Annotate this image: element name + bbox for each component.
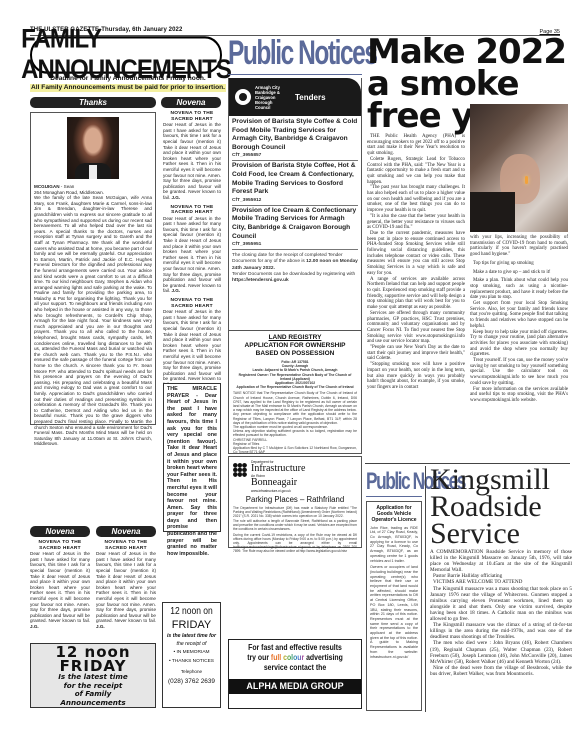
novena-notice: NOVENA TO THE SACRED HEART Dear Heart of… — [30, 540, 90, 630]
alpha-line-3: service contact the — [238, 663, 352, 673]
tender-ref: CfT_3955951 — [232, 242, 358, 247]
dfi-logo: Department for Infrastructure An Roinn B… — [233, 460, 357, 493]
friday-deadline-ad: 12 noon FRIDAY Is the latest time for th… — [30, 643, 156, 708]
infrastructure-notice: Department for Infrastructure An Roinn B… — [228, 456, 362, 548]
smoke-para: Services are offered through many commun… — [367, 311, 465, 345]
dfi-name-irish: Bonneagair — [251, 478, 305, 488]
ad-small-item1: • IN MEMORIAM — [163, 648, 220, 657]
application-of: Application of The Representative Church… — [233, 385, 357, 389]
ad-small-tel-label: Telephone — [163, 666, 220, 677]
ad-small-line3: is the latest time for — [163, 632, 220, 640]
goods-vehicle-notice: Application for Goods Vehicle Operator's… — [366, 501, 422, 711]
alpha-line-1: For fast and effective results — [238, 643, 352, 653]
column-divider — [425, 466, 426, 712]
land-registry-title: LAND REGISTRY — [233, 334, 357, 342]
alpha-media-ad: For fast and effective results try our f… — [228, 639, 362, 709]
parking-places-title: Parking Places – Rathfriland — [233, 495, 357, 504]
tenders-label: Tenders — [295, 93, 326, 102]
smoke-tip: Keep busy to help take your mind off cig… — [470, 330, 568, 359]
tenders-list: Provision of Barista Style Coffee & Cold… — [229, 116, 361, 286]
thanks-body: We the family of the late Sean McGuigan,… — [34, 195, 152, 447]
kingsmill-line-2: Roadside — [430, 493, 575, 520]
novena-body: Dear Heart of Jesus in the past I have a… — [30, 551, 90, 623]
novena-body: Dear Heart of Jesus in the past I have a… — [163, 122, 221, 200]
smoking-photo — [470, 104, 568, 232]
smoke-article-col1: THE Public Health Agency (PHA) is encour… — [367, 134, 465, 391]
portrait-photo — [67, 117, 119, 179]
ad-small-item2: • THANKS NOTICES — [163, 657, 220, 666]
novena-signature: J.G. — [30, 624, 39, 629]
dfi-emblem-icon — [233, 463, 247, 477]
novena-signature: J.G. — [171, 288, 180, 293]
novena-section-header: Novena — [30, 526, 90, 537]
ad-small-line4: the receipt of — [163, 640, 220, 648]
tender-title: Provision of Barista Style Coffee & Cold… — [232, 118, 358, 152]
smoke-para: "The past year has brought many challeng… — [367, 185, 465, 214]
novena-body: Dear Heart of Jesus in the past I have a… — [163, 216, 221, 294]
land-filed-by: Application filed by C T McAlpine & Son … — [233, 446, 357, 454]
deadline-line-1: Deadline for Family Announcements Friday… — [30, 75, 226, 84]
smoke-tip: Make a date to give up – and stick to it… — [470, 270, 568, 276]
novena-title: NOVENA TO THE SACRED HEART — [96, 540, 156, 551]
smoke-tip: Get support from your local Stop Smoking… — [470, 301, 568, 330]
alpha-line-2: try our full colour advertising — [238, 653, 352, 663]
alpha-line-2-pre: try our — [247, 653, 271, 662]
smoke-tip: Treat yourself. If you can, use the mone… — [470, 358, 568, 387]
novena-signature: J.G. — [171, 195, 180, 200]
ad-small-phone: (028) 3762 2639 — [163, 677, 220, 687]
alpha-full-word: full — [271, 653, 281, 662]
kingsmill-line-1: Kingsmill — [430, 466, 575, 493]
alpha-banner: ALPHA MEDIA GROUP — [229, 679, 361, 694]
land-registry-notice: LAND REGISTRY APPLICATION FOR OWNERSHIP … — [228, 330, 362, 454]
deceased-first-name: Sean — [64, 184, 75, 189]
tender-closing-date: The closing date for the receipt of comp… — [232, 253, 358, 272]
ad-big-line2: FRIDAY — [31, 659, 155, 673]
novena-body: Dear Heart of Jesus in the past I have a… — [163, 309, 221, 387]
land-body-2: Any person objecting to compliance with … — [233, 412, 357, 425]
smoke-para: Due to the current pandemic, measures ha… — [367, 231, 465, 277]
public-notices-title: Public Notices — [228, 34, 377, 73]
thanks-section-header: Thanks — [30, 97, 156, 108]
smoke-para: with your lips, increasing the possibili… — [470, 235, 568, 258]
tender-item: Provision of Barista Style Coffee & Cold… — [232, 118, 358, 161]
smoke-article-col2: with your lips, increasing the possibili… — [470, 235, 568, 404]
goods-body-2: Owners or occupiers of land (including b… — [370, 565, 418, 659]
alpha-line-2-post: advertising — [304, 653, 343, 662]
kingsmill-para: The men who died were : John Bryans (46)… — [430, 640, 572, 664]
public-notices-rule-small — [366, 496, 422, 497]
dfi-name-english: Infrastructure — [251, 464, 305, 474]
smoke-para: "Stopping smoking now will have a positi… — [367, 362, 465, 391]
dfi-body-2: The rule will authorise a length of Bann… — [233, 519, 357, 531]
land-body-1: TAKE NOTICE that The Representative Chur… — [233, 391, 357, 412]
tender-ref: CfT_3955912 — [232, 198, 358, 203]
thanks-notice: MCGUIGAN - Sean 264 Monaghan Road, Middl… — [30, 112, 156, 425]
smoke-tip: Make a plan. Think about what could help… — [470, 278, 568, 301]
tender-download: Tender Documents can be downloaded by re… — [232, 272, 358, 284]
tenders-header: Armagh City Banbridge & Craigavon Boroug… — [229, 78, 361, 116]
land-registry-subtitle: APPLICATION FOR OWNERSHIP — [233, 342, 357, 350]
alpha-colour-word: colour — [283, 653, 304, 662]
tender-item: Provision of Ice Cream & Confectionary M… — [232, 206, 358, 250]
novena-title: NOVENA TO THE SACRED HEART — [163, 111, 221, 122]
kingsmill-line-3: Service — [430, 520, 575, 547]
kingsmill-para: A COMMEMORATION Roadside Service in memo… — [430, 549, 572, 573]
goods-body-1: John Rice, trading as RDE Ltd, of 27 Cla… — [370, 526, 418, 564]
miracle-prayer-notice: THE MIRACLE PRAYER - Dear Heart of Jesus… — [163, 383, 221, 532]
goods-vehicle-title: Application for Goods Vehicle Operator's… — [370, 505, 418, 524]
novena-column: NOVENA TO THE SACRED HEART Dear Heart of… — [163, 111, 221, 388]
novena-signature: J.G. — [96, 624, 105, 629]
novena-title: NOVENA TO THE SACRED HEART — [30, 540, 90, 551]
registered-owner: Registered Owner: The Representative Chu… — [233, 373, 357, 381]
land-body-4: Unless any objection stating sufficient … — [233, 429, 357, 437]
friday-deadline-small-ad: 12 noon on FRIDAY is the latest time for… — [162, 602, 221, 708]
dfi-url: www.infrastructure-ni.gov.uk — [251, 489, 305, 493]
novena-body: Dear Heart of Jesus in the past I have a… — [96, 551, 156, 623]
novena-title: NOVENA TO THE SACRED HEART — [163, 298, 221, 309]
novena-notice: NOVENA TO THE SACRED HEART Dear Heart of… — [96, 540, 156, 630]
kingsmill-headline: Kingsmill Roadside Service — [430, 466, 575, 547]
smoke-para: "People can use New Year's Day as the da… — [367, 345, 465, 362]
smoke-para: "It is also the case that the better you… — [367, 214, 465, 231]
kingsmill-para: The Kingsmill massacre was the climax of… — [430, 622, 572, 640]
miracle-prayer-body: Dear Heart of Jesus in the past I have a… — [167, 393, 217, 557]
family-announcements-title: FAMILY ANNOUNCEMENTS — [30, 36, 222, 73]
novena-title: NOVENA TO THE SACRED HEART — [163, 205, 221, 216]
kingsmill-article: A COMMEMORATION Roadside Service in memo… — [430, 549, 572, 677]
dfi-body-1: The Department for Infrastructure (DfI) … — [233, 506, 357, 518]
kingsmill-para: The Kingsmill massacre was a mass shooti… — [430, 586, 572, 623]
ad-big-line6: Announcements — [31, 699, 155, 708]
land-registry-subtitle-2: BASED ON POSSESSION — [233, 350, 357, 358]
public-notices-rule — [228, 74, 362, 75]
smoke-tips-heading: Top tips for giving up smoking — [470, 261, 568, 267]
dfi-body-3: During the current Covid-19 restrictions… — [233, 533, 357, 553]
download-text: Tender Documents can be downloaded by re… — [232, 272, 355, 277]
tender-ref: CfT_3955857 — [232, 153, 358, 158]
smoke-para: A range of services are available across… — [367, 277, 465, 311]
deadline-line-2: All Family Announcements must be paid fo… — [30, 84, 226, 93]
deceased-surname: MCGUIGAN — [34, 184, 60, 189]
family-deadline: Deadline for Family Announcements Friday… — [30, 75, 226, 92]
etenders-link[interactable]: https://etendersni.gov.uk — [232, 278, 289, 283]
tender-item: Provision of Barista Style Coffee, Hot &… — [232, 161, 358, 205]
kingsmill-para: Nine of the dead were from the village o… — [430, 665, 572, 677]
novena-section-header: Novena — [161, 97, 221, 108]
smoke-para: THE Public Health Agency (PHA) is encour… — [367, 134, 465, 157]
ad-small-line1: 12 noon on — [167, 606, 215, 618]
council-name: Armagh City Banbridge & Craigavon Boroug… — [255, 85, 285, 110]
tender-title: Provision of Barista Style Coffee, Hot &… — [232, 162, 358, 196]
smoke-tip: For more information on the services ava… — [470, 387, 568, 404]
tender-title: Provision of Ice Cream & Confectionary M… — [232, 207, 358, 241]
council-logo-icon — [235, 89, 251, 105]
smoke-para: Colette Rogers, Strategic Lead for Tobac… — [367, 157, 465, 186]
novena-section-header: Novena — [96, 526, 156, 537]
ad-small-line2: FRIDAY — [163, 618, 220, 632]
